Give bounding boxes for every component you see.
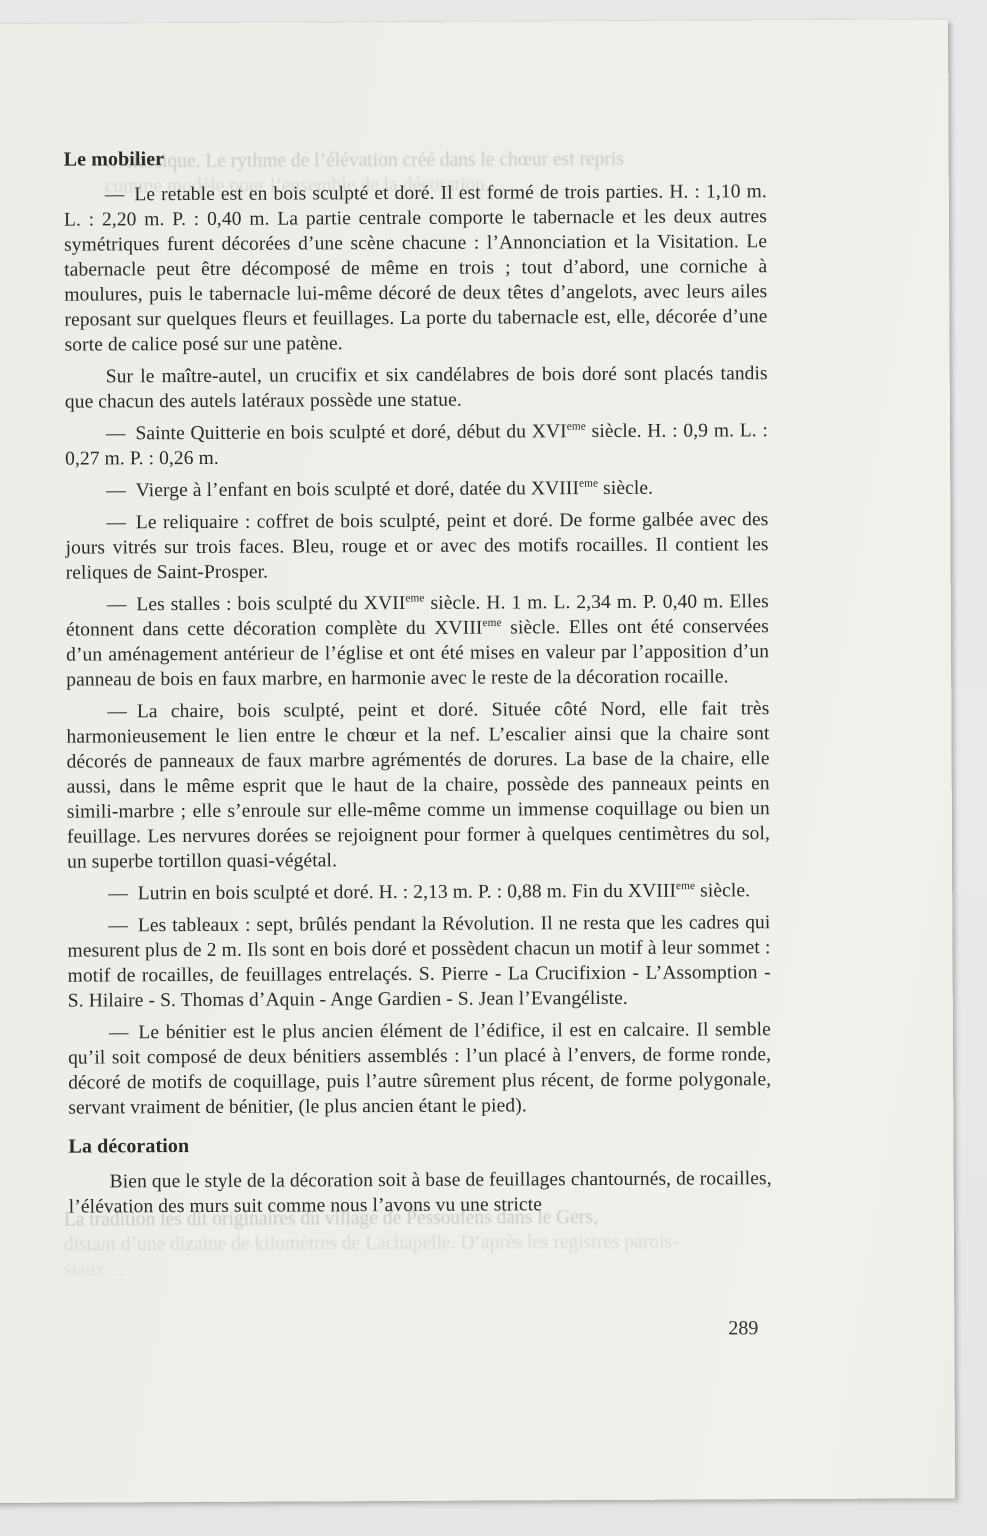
body-paragraph: — Les tableaux : sept, brûlés pendant la… [67,910,770,1013]
scanned-page: …classique. Le rythme de l’élévation cré… [0,19,955,1503]
body-paragraph: — Le reliquaire : coffret de bois sculpt… [65,507,768,585]
body-paragraph: — Le bénitier est le plus ancien élément… [68,1017,771,1120]
body-paragraph: Bien que le style de la décoration soit … [69,1166,772,1219]
body-paragraph: — Les stalles : bois sculpté du XVIIeme … [66,589,769,692]
body-paragraph: — Lutrin en bois sculpté et doré. H. : 2… [67,878,770,906]
body-paragraph: Sur le maître-autel, un crucifix et six … [65,361,768,414]
bleedthrough-line: siaux… [64,1254,768,1282]
scanned-book-photo: { "page": { "page_number": "289", "paper… [0,0,987,1536]
bleedthrough-line: distant d’une dizaine de kilomètres de L… [64,1229,768,1257]
section-heading: Le mobilier [64,144,767,172]
section-heading: La décoration [68,1131,771,1159]
body-paragraph: — Sainte Quitterie en bois sculpté et do… [65,418,768,471]
page-number: 289 [0,1317,758,1344]
body-paragraph: — La chaire, bois sculpté, peint et doré… [66,696,770,874]
text-block: Le mobilier— Le retable est en bois scul… [64,144,772,1226]
body-paragraph: — Le retable est en bois sculpté et doré… [64,179,768,357]
body-paragraph: — Vierge à l’enfant en bois sculpté et d… [65,475,768,503]
